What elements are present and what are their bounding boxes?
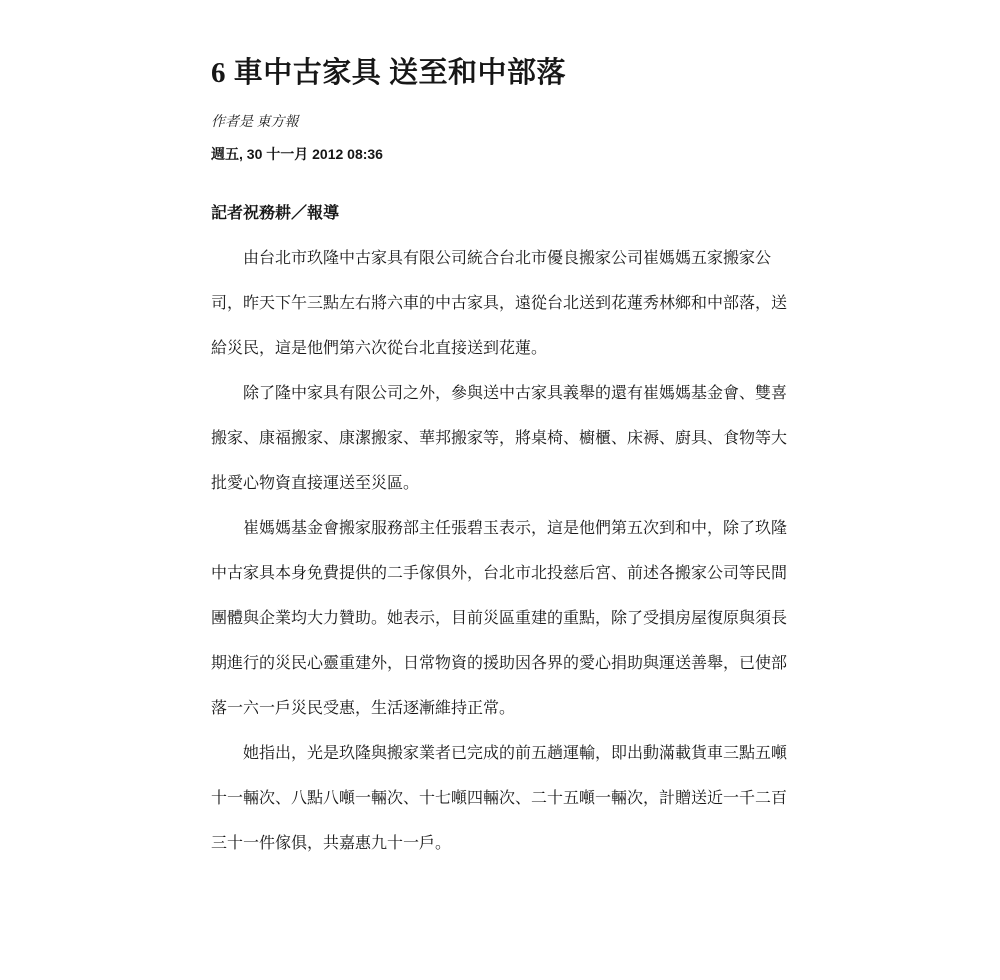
paragraph: 由台北市玖隆中古家具有限公司統合台北市優良搬家公司崔媽媽五家搬家公司，昨天下午三…: [211, 236, 789, 371]
reporter-byline: 記者祝務耕／報導: [211, 191, 789, 236]
paragraph-line: 她指出，光是玖隆與搬家業者已完成的前五趟運輸，即出動滿載貨車三點五噸: [211, 731, 789, 776]
paragraph-line: 給災民，這是他們第六次從台北直接送到花蓮。: [211, 326, 789, 371]
paragraph-line: 搬家、康福搬家、康潔搬家、華邦搬家等，將桌椅、櫥櫃、床褥、廚具、食物等大: [211, 416, 789, 461]
paragraph-line: 十一輛次、八點八噸一輛次、十七噸四輛次、二十五噸一輛次，計贈送近一千二百: [211, 776, 789, 821]
article-title: 6 車中古家具 送至和中部落: [211, 56, 789, 90]
paragraph-line: 崔媽媽基金會搬家服務部主任張碧玉表示，這是他們第五次到和中，除了玖隆: [211, 506, 789, 551]
paragraph-line: 批愛心物資直接運送至災區。: [211, 461, 789, 506]
paragraph-line: 中古家具本身免費提供的二手傢俱外，台北市北投慈后宮、前述各搬家公司等民間: [211, 551, 789, 596]
article-author-line: 作者是 東方報: [211, 114, 789, 131]
article-date-line: 週五, 30 十一月 2012 08:36: [211, 146, 789, 163]
paragraph-line: 由台北市玖隆中古家具有限公司統合台北市優良搬家公司崔媽媽五家搬家公: [211, 236, 789, 281]
article-body: 記者祝務耕／報導 由台北市玖隆中古家具有限公司統合台北市優良搬家公司崔媽媽五家搬…: [211, 191, 789, 866]
paragraph: 除了隆中家具有限公司之外，參與送中古家具義舉的還有崔媽媽基金會、雙喜搬家、康福搬…: [211, 371, 789, 506]
article-page: 6 車中古家具 送至和中部落 作者是 東方報 週五, 30 十一月 2012 0…: [211, 0, 789, 866]
paragraph: 崔媽媽基金會搬家服務部主任張碧玉表示，這是他們第五次到和中，除了玖隆中古家具本身…: [211, 506, 789, 731]
paragraph-line: 期進行的災民心靈重建外，日常物資的援助因各界的愛心捐助與運送善舉，已使部: [211, 641, 789, 686]
paragraph-line: 除了隆中家具有限公司之外，參與送中古家具義舉的還有崔媽媽基金會、雙喜: [211, 371, 789, 416]
paragraph-line: 團體與企業均大力贊助。她表示，目前災區重建的重點，除了受損房屋復原與須長: [211, 596, 789, 641]
paragraph-line: 三十一件傢俱，共嘉惠九十一戶。: [211, 821, 789, 866]
paragraph-line: 落一六一戶災民受惠，生活逐漸維持正常。: [211, 686, 789, 731]
paragraph: 她指出，光是玖隆與搬家業者已完成的前五趟運輸，即出動滿載貨車三點五噸十一輛次、八…: [211, 731, 789, 866]
paragraph-line: 司，昨天下午三點左右將六車的中古家具，遠從台北送到花蓮秀林鄉和中部落，送: [211, 281, 789, 326]
document-canvas: { "page": { "background_color": "#ffffff…: [0, 0, 1000, 980]
